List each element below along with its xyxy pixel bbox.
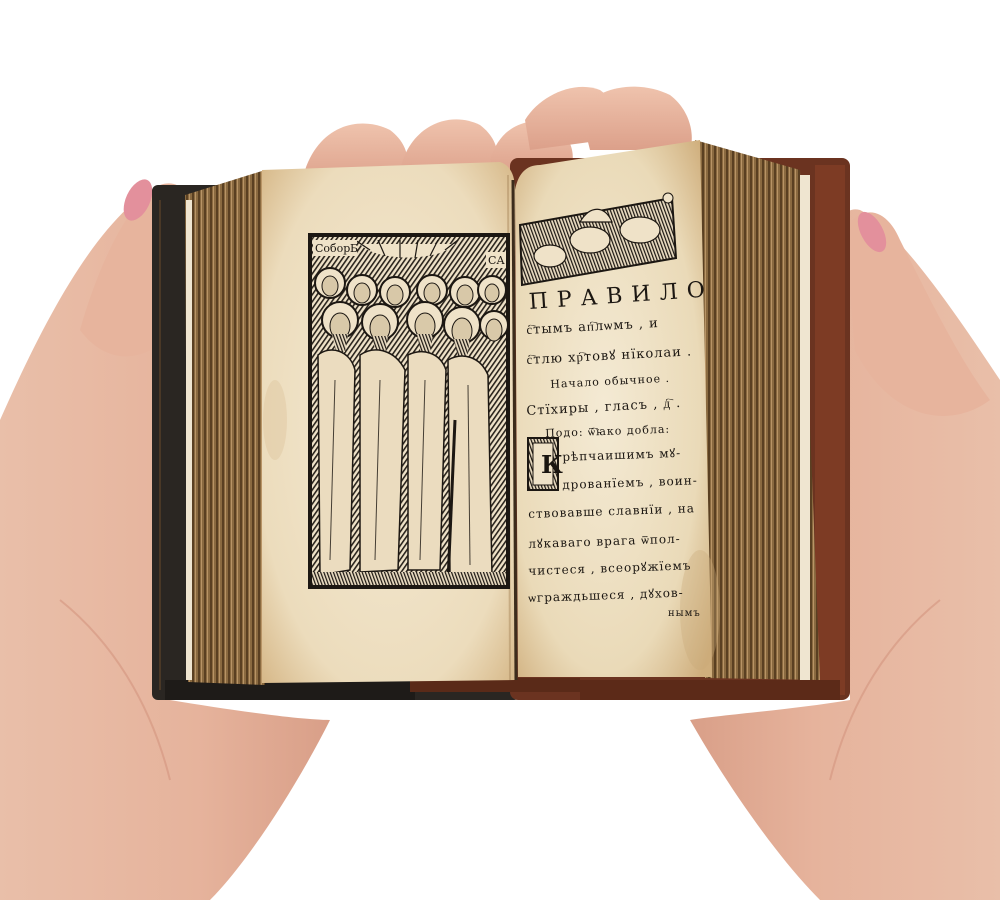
woodcut-caption-right: СА (488, 254, 505, 267)
photo-scene: Собор Б СА К ПРАВИЛО с҇тымъ ап҇лѡмъ , и … (0, 0, 1000, 900)
initial-letter: К (541, 450, 563, 479)
photo-illustration (0, 0, 1000, 900)
woodcut-caption-left: Собор (315, 242, 350, 255)
body-line-7: нымъ (668, 608, 701, 619)
woodcut-illustration (310, 235, 508, 587)
left-page-edges (185, 170, 265, 685)
woodcut-caption-mid: Б (350, 242, 358, 255)
